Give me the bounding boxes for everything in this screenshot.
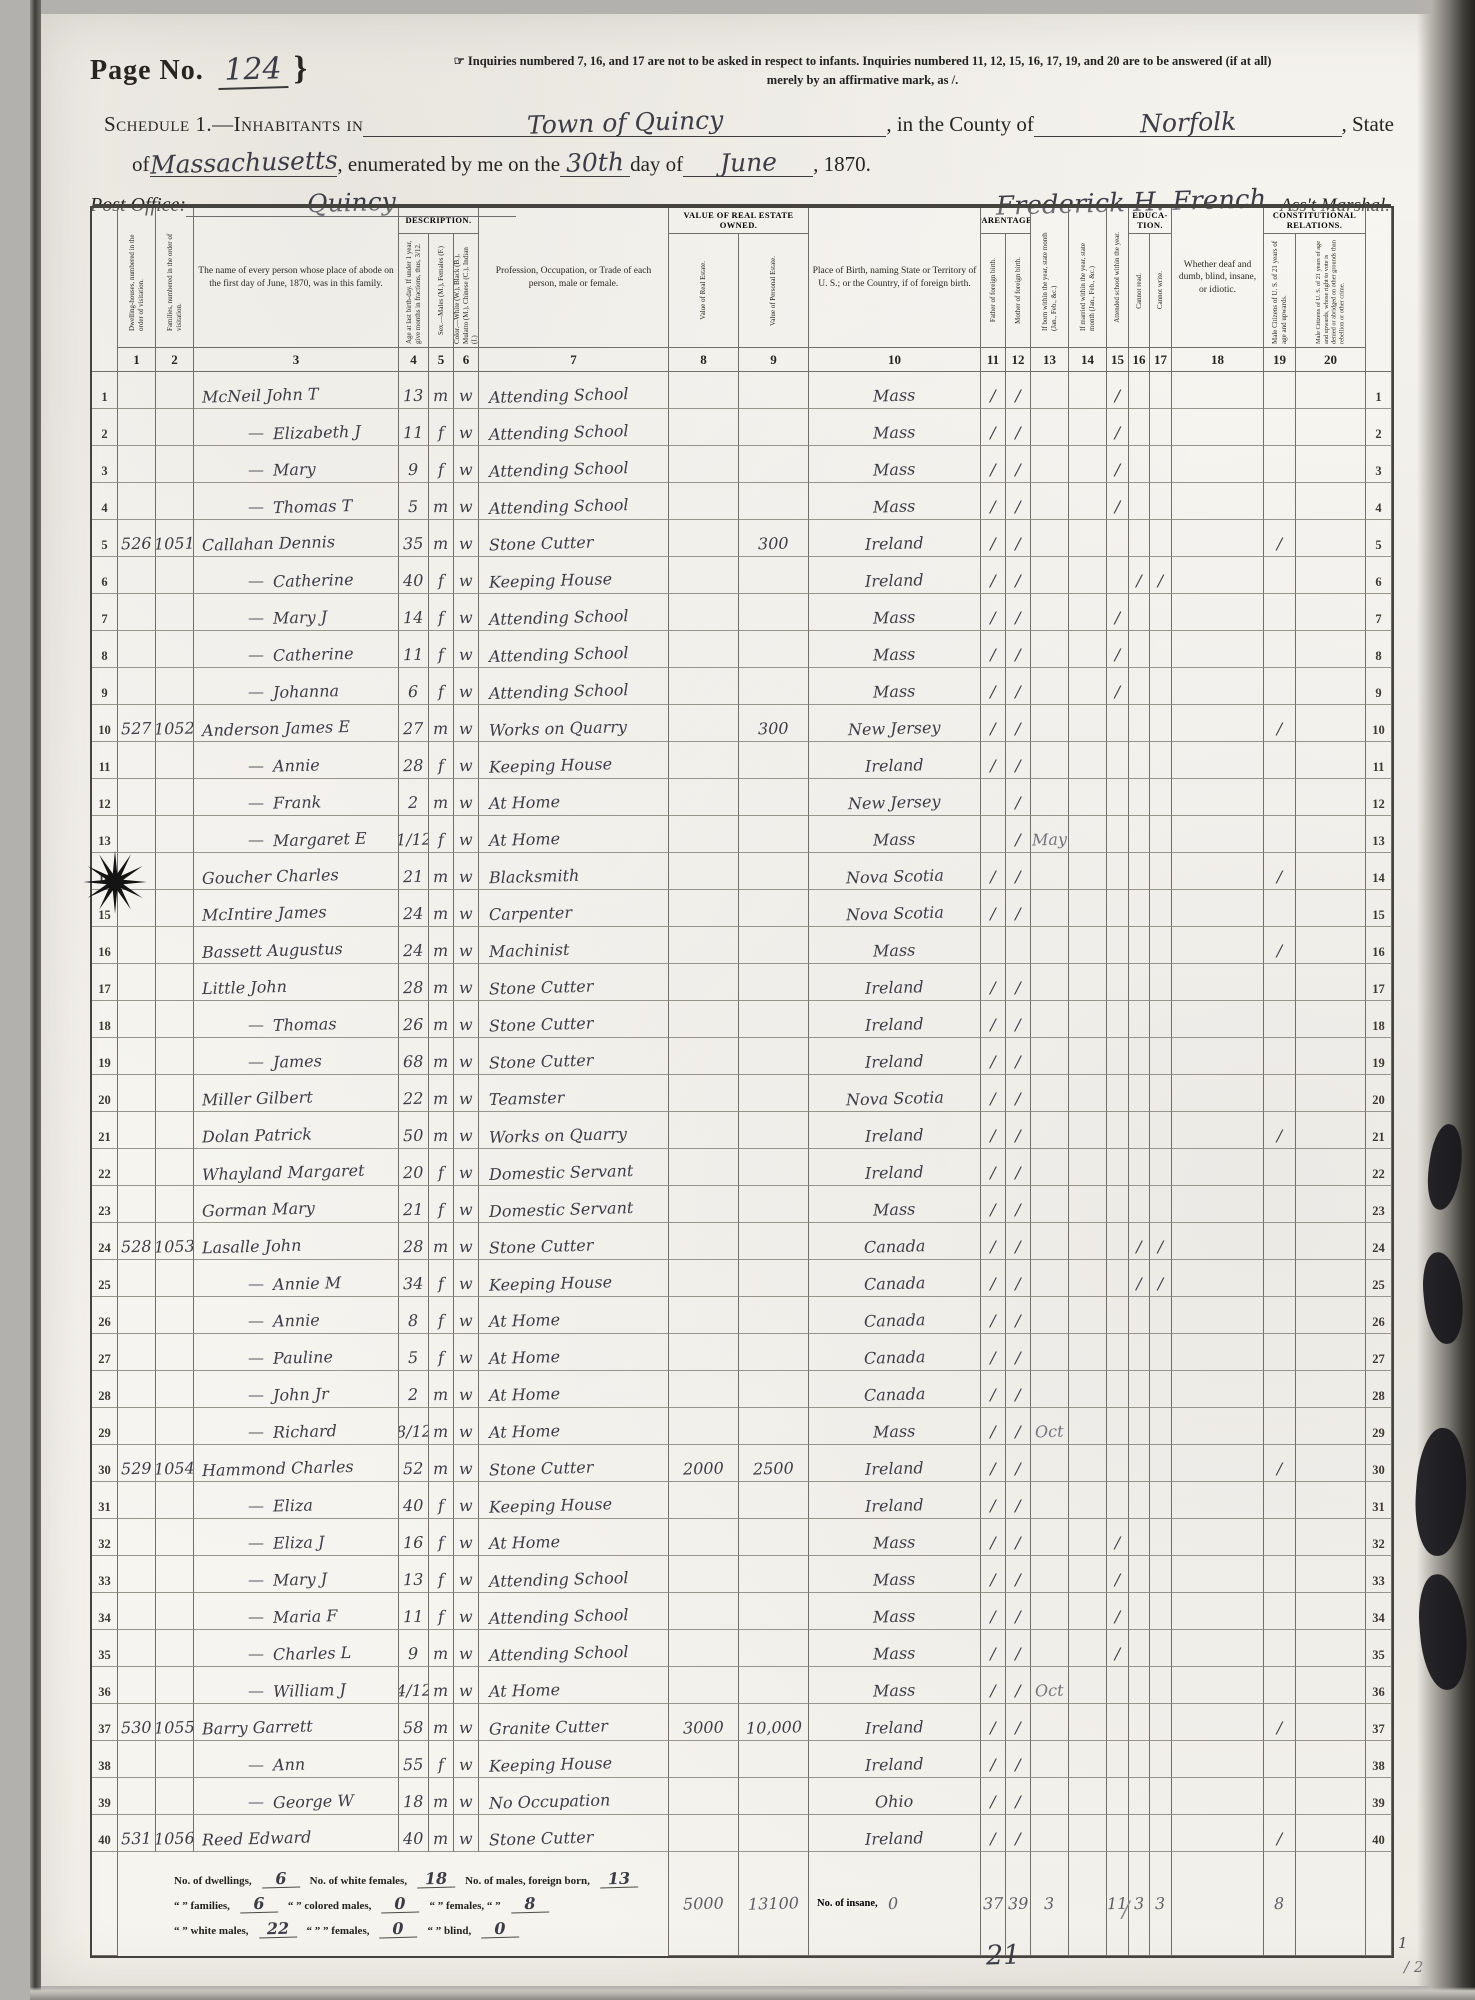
cell-month-married [1069,1371,1107,1408]
book-binding-edge [1417,0,1475,2000]
cell-month-born [1031,1371,1069,1408]
cell-birthplace: Mass [809,446,981,483]
col-number-7: 7 [479,348,669,372]
col-header-5: Sex.—Males (M.), Females (F.) [429,234,454,348]
cell-occupation: Attending School [479,409,669,446]
cell-dwelling [118,816,156,853]
cell-mother-foreign: / [1006,1112,1031,1149]
cell-cannot-read [1129,1001,1150,1038]
row-number-right: 30 [1366,1445,1392,1482]
cell-male-citizen [1264,483,1296,520]
cell-age: 40 [399,557,429,594]
row-number-left: 34 [92,1593,118,1630]
cell-month-married [1069,853,1107,890]
cell-vote-denied [1296,853,1366,890]
cell-name: Barry Garrett [194,1704,399,1741]
cell-color: w [454,446,479,483]
total-cannot-write-value: 3 [1155,1894,1166,1913]
row-number-left: 38 [92,1741,118,1778]
cell-birthplace: Nova Scotia [809,853,981,890]
age-value: 4/12 [399,1681,429,1701]
color-value: w [459,1015,473,1034]
year-label: , 1870. [813,152,871,177]
cell-male-citizen [1264,1334,1296,1371]
cell-dwelling: 529 [118,1445,156,1482]
cell-sex: m [429,1112,454,1149]
cell-personal-estate [739,1408,809,1445]
person-name: Anderson James E [202,717,351,740]
age-value: 24 [403,904,424,924]
color-value: w [459,719,473,738]
col-number-13: 13 [1031,348,1069,372]
cell-dwelling: 531 [118,1815,156,1852]
ditto-dash: — [248,1533,263,1552]
birthplace-value: Mass [873,1569,916,1589]
color-value: w [459,682,473,701]
mother-foreign-tick: / [1015,1570,1020,1589]
cell-deaf-dumb [1172,1408,1264,1445]
cell-age: 68 [399,1038,429,1075]
father-foreign-tick: / [990,1015,995,1034]
cell-month-married [1069,668,1107,705]
row-number-left: 37 [92,1704,118,1741]
cell-color: w [454,890,479,927]
cell-male-citizen [1264,1038,1296,1075]
father-foreign-tick: / [990,1422,995,1441]
cell-attended-school [1107,816,1129,853]
cell-cannot-write [1150,409,1172,446]
cell-attended-school [1107,705,1129,742]
age-value: 5 [408,1348,419,1367]
cell-cannot-read [1129,742,1150,779]
cell-real-estate [669,816,739,853]
cell-vote-denied [1296,1297,1366,1334]
cell-dwelling [118,1112,156,1149]
cell-real-estate [669,631,739,668]
cell-family [156,1334,194,1371]
birthplace-value: Canada [864,1273,926,1294]
cell-vote-denied [1296,1704,1366,1741]
cell-color: w [454,964,479,1001]
cell-deaf-dumb [1172,705,1264,742]
cell-personal-estate [739,1556,809,1593]
cell-occupation: No Occupation [479,1778,669,1815]
sex-value: f [438,830,444,849]
cell-deaf-dumb [1172,742,1264,779]
cell-deaf-dumb [1172,890,1264,927]
cell-age: 40 [399,1815,429,1852]
age-value: 40 [403,1829,424,1849]
schedule-title-line-2: of Massachusetts , enumerated by me on t… [132,152,1082,177]
cell-father-foreign: / [981,1593,1006,1630]
cell-age: 27 [399,705,429,742]
cell-cannot-read [1129,1741,1150,1778]
cell-birthplace: Mass [809,594,981,631]
cell-sex: m [429,1630,454,1667]
cell-color: w [454,1001,479,1038]
cell-deaf-dumb [1172,1445,1264,1482]
cell-name: —Mary J [194,594,399,631]
male-citizen-tick: / [1277,1829,1282,1848]
cell-mother-foreign: / [1006,1667,1031,1704]
cell-personal-estate [739,779,809,816]
cell-occupation: Stone Cutter [479,964,669,1001]
cell-cannot-write [1150,1741,1172,1778]
cell-color: w [454,372,479,409]
cell-real-estate [669,1112,739,1149]
occupation-value: Stone Cutter [489,1458,594,1480]
cell-attended-school [1107,1778,1129,1815]
cell-month-born [1031,372,1069,409]
cell-month-married [1069,1593,1107,1630]
cell-deaf-dumb [1172,594,1264,631]
cell-sex: m [429,1038,454,1075]
cell-male-citizen: / [1264,927,1296,964]
birthplace-value: Ireland [865,1051,924,1072]
cell-age: 34 [399,1260,429,1297]
cell-cannot-read [1129,1149,1150,1186]
age-value: 1/12 [399,830,429,850]
col-number-19: 19 [1264,348,1296,372]
cell-color: w [454,668,479,705]
age-value: 40 [403,1496,424,1516]
occupation-value: At Home [489,1421,561,1442]
cell-name: —Thomas [194,1001,399,1038]
row-number-left: 1 [92,372,118,409]
cell-cannot-read [1129,1075,1150,1112]
cell-birthplace: Mass [809,483,981,520]
cell-month-born [1031,705,1069,742]
occupation-value: Stone Cutter [489,1051,594,1073]
cannot-write-tick: / [1158,1274,1163,1293]
color-value: w [459,423,473,442]
mother-foreign-tick: / [1015,756,1020,775]
sex-value: m [433,1237,449,1256]
col-header-text-8: Value of Real Estate. [699,261,708,320]
corner-mark-1: 1 [1398,1934,1408,1952]
cell-father-foreign: / [981,1371,1006,1408]
cell-sex: m [429,1667,454,1704]
mother-foreign-tick: / [1015,1163,1020,1182]
row-number-left: 25 [92,1260,118,1297]
ditto-dash: — [248,682,263,701]
cell-cannot-read [1129,594,1150,631]
cell-month-married [1069,1815,1107,1852]
cell-deaf-dumb [1172,1630,1264,1667]
cell-dwelling [118,742,156,779]
cell-sex: f [429,446,454,483]
ditto-dash: — [248,830,263,849]
cell-birthplace: Canada [809,1334,981,1371]
cell-birthplace: Ireland [809,1149,981,1186]
cell-month-born [1031,1038,1069,1075]
cell-month-born [1031,1445,1069,1482]
cell-occupation: Attending School [479,631,669,668]
cell-deaf-dumb [1172,1778,1264,1815]
cell-cannot-read [1129,631,1150,668]
color-value: w [459,1126,473,1145]
cell-father-foreign: / [981,1630,1006,1667]
cell-attended-school [1107,1408,1129,1445]
row-number-right: 11 [1366,742,1392,779]
occupation-value: Keeping House [489,754,613,776]
cell-color: w [454,1408,479,1445]
row-number-right: 27 [1366,1334,1392,1371]
cell-attended-school [1107,557,1129,594]
cell-mother-foreign: / [1006,1075,1031,1112]
person-name: Lasalle John [202,1236,302,1258]
cell-mother-foreign: / [1006,1519,1031,1556]
cell-deaf-dumb [1172,1297,1264,1334]
col-number-18: 18 [1172,348,1264,372]
occupation-value: Works on Quarry [489,1124,627,1147]
sex-value: m [433,719,449,738]
male-citizen-tick: / [1277,1126,1282,1145]
cell-father-foreign: / [981,668,1006,705]
cell-mother-foreign: / [1006,1297,1031,1334]
cell-male-citizen [1264,779,1296,816]
cell-month-born: Oct [1031,1408,1069,1445]
cell-age: 28 [399,1223,429,1260]
cell-age: 16 [399,1519,429,1556]
color-value: w [459,1274,473,1293]
col-header-text-9: Value of Personal Estate. [769,256,778,326]
cell-sex: m [429,483,454,520]
cell-dwelling [118,483,156,520]
person-name: Annie [273,1310,320,1330]
cell-occupation: Attending School [479,483,669,520]
occupation-value: Attending School [489,1642,629,1665]
cell-deaf-dumb [1172,1519,1264,1556]
cell-month-born [1031,409,1069,446]
row-number-right: 39 [1366,1778,1392,1815]
cell-age: 52 [399,1445,429,1482]
col-header-text-19: Male Citizens of U. S. of 21 years of ag… [1271,238,1289,344]
ditto-dash: — [248,423,263,442]
row-number-left: 18 [92,1001,118,1038]
cell-month-married [1069,1186,1107,1223]
age-value: 35 [403,534,424,554]
row-number-right: 36 [1366,1667,1392,1704]
attended-school-tick: / [1115,423,1120,442]
mother-foreign-tick: / [1015,830,1020,849]
row-number-left: 23 [92,1186,118,1223]
month-born-value: May [1032,830,1067,850]
cell-month-born [1031,1001,1069,1038]
attended-school-tick: / [1115,460,1120,479]
cell-real-estate [669,779,739,816]
row-number-left: 39 [92,1778,118,1815]
birthplace-value: Nova Scotia [845,866,943,888]
col-header-1: Dwelling-houses, numbered in the order o… [118,208,156,348]
cell-family [156,557,194,594]
cell-color: w [454,1186,479,1223]
sex-value: m [433,1052,449,1071]
cell-family [156,594,194,631]
cell-month-married [1069,1482,1107,1519]
row-number-right: 29 [1366,1408,1392,1445]
cell-name: —Elizabeth J [194,409,399,446]
dwelling-number: 529 [121,1459,152,1479]
cell-father-foreign: / [981,1260,1006,1297]
cell-mother-foreign: / [1006,779,1031,816]
cell-personal-estate [739,1334,809,1371]
cell-cannot-read [1129,1778,1150,1815]
cell-birthplace: Ireland [809,520,981,557]
cell-family [156,1519,194,1556]
cell-family: 1054 [156,1445,194,1482]
cell-color: w [454,483,479,520]
color-value: w [459,1348,473,1367]
color-value: w [459,645,473,664]
row-number-left: 24 [92,1223,118,1260]
cell-cannot-read [1129,927,1150,964]
cell-deaf-dumb [1172,446,1264,483]
cell-family [156,779,194,816]
mother-foreign-tick: / [1015,534,1020,553]
birthplace-value: Canada [864,1347,926,1368]
cell-dwelling [118,1408,156,1445]
cell-sex: f [429,816,454,853]
row-number-left: 13 [92,816,118,853]
color-value: w [459,1052,473,1071]
col-header-text-17: Cannot write. [1156,271,1165,309]
cell-mother-foreign: / [1006,816,1031,853]
cell-mother-foreign: / [1006,1556,1031,1593]
cell-birthplace: Canada [809,1297,981,1334]
row-number-left: 20 [92,1075,118,1112]
cell-month-born [1031,779,1069,816]
age-value: 55 [403,1755,424,1775]
father-foreign-tick: / [990,1792,995,1811]
cell-birthplace: Mass [809,631,981,668]
cell-occupation: Domestic Servant [479,1149,669,1186]
age-value: 21 [403,867,424,887]
cell-dwelling: 526 [118,520,156,557]
cell-occupation: Stone Cutter [479,1001,669,1038]
cell-male-citizen: / [1264,1704,1296,1741]
cell-vote-denied [1296,372,1366,409]
age-value: 27 [403,719,424,739]
cell-cannot-write [1150,816,1172,853]
cell-birthplace: Nova Scotia [809,1075,981,1112]
color-value: w [459,1089,473,1108]
page-number-block: Page No. 124 } [90,50,307,89]
row-number-left: 12 [92,779,118,816]
row-number-right: 13 [1366,816,1392,853]
cell-deaf-dumb [1172,1815,1264,1852]
footer-summary-block: No. of dwellings,6No. of white females,1… [118,1852,669,1956]
birthplace-value: Mass [873,1680,916,1700]
family-number: 1054 [156,1458,194,1478]
cell-color: w [454,1519,479,1556]
cell-age: 11 [399,409,429,446]
cell-attended-school: / [1107,1519,1129,1556]
cell-occupation: At Home [479,1371,669,1408]
cell-dwelling [118,1334,156,1371]
cell-vote-denied [1296,1815,1366,1852]
footer-label: “ ” ” females, [307,1925,370,1937]
age-value: 28 [403,1237,424,1257]
cell-month-born: May [1031,816,1069,853]
cell-real-estate [669,1408,739,1445]
cell-attended-school: / [1107,1593,1129,1630]
row-number-right: 24 [1366,1223,1392,1260]
real-estate-value: 3000 [683,1717,724,1737]
birthplace-value: Mass [873,459,916,479]
footer-gutter-right [1366,1852,1392,1956]
cell-vote-denied [1296,816,1366,853]
father-foreign-tick: / [990,645,995,664]
cell-male-citizen [1264,1297,1296,1334]
cell-color: w [454,1704,479,1741]
sex-value: m [433,1459,449,1478]
row-number-left: 8 [92,631,118,668]
cell-cannot-read [1129,372,1150,409]
cell-vote-denied [1296,1186,1366,1223]
cell-age: 55 [399,1741,429,1778]
cell-cannot-write [1150,853,1172,890]
cell-attended-school [1107,1334,1129,1371]
father-foreign-tick: / [990,1385,995,1404]
age-value: 8 [408,1311,419,1330]
cell-family [156,1038,194,1075]
father-foreign-tick: / [990,756,995,775]
cell-dwelling: 527 [118,705,156,742]
cell-occupation: At Home [479,1334,669,1371]
cell-father-foreign: / [981,1667,1006,1704]
age-value: 11 [403,645,424,665]
row-number-right: 31 [1366,1482,1392,1519]
family-number: 1051 [156,533,194,553]
cell-attended-school [1107,890,1129,927]
color-value: w [459,1237,473,1256]
cell-color: w [454,705,479,742]
cell-month-married [1069,1556,1107,1593]
occupation-value: Machinist [489,940,570,961]
cell-family [156,1667,194,1704]
cell-deaf-dumb [1172,1001,1264,1038]
cell-month-married [1069,742,1107,779]
cell-month-born [1031,557,1069,594]
occupation-value: At Home [489,1384,561,1405]
birthplace-value: Nova Scotia [845,903,943,925]
age-value: 5 [408,497,419,516]
cell-real-estate [669,853,739,890]
color-value: w [459,1163,473,1182]
occupation-value: Stone Cutter [489,1014,594,1036]
col-header-18: Whether deaf and dumb, blind, insane, or… [1172,208,1264,348]
ink-star-mark [82,849,148,915]
occupation-value: At Home [489,1532,561,1553]
mother-foreign-tick: / [1015,608,1020,627]
cell-sex: f [429,742,454,779]
cell-color: w [454,1778,479,1815]
col-header-text-12: Mother of foreign birth. [1014,257,1023,324]
row-number-left: 16 [92,927,118,964]
notice-line-2: merely by an affirmative mark, as /. [325,71,1400,90]
cell-attended-school [1107,1667,1129,1704]
cell-attended-school [1107,1223,1129,1260]
cell-real-estate [669,1001,739,1038]
cell-personal-estate [739,1667,809,1704]
cell-deaf-dumb [1172,520,1264,557]
sex-value: m [433,1718,449,1737]
color-value: w [459,534,473,553]
cell-month-born [1031,1112,1069,1149]
age-value: 34 [403,1274,424,1294]
cell-color: w [454,557,479,594]
